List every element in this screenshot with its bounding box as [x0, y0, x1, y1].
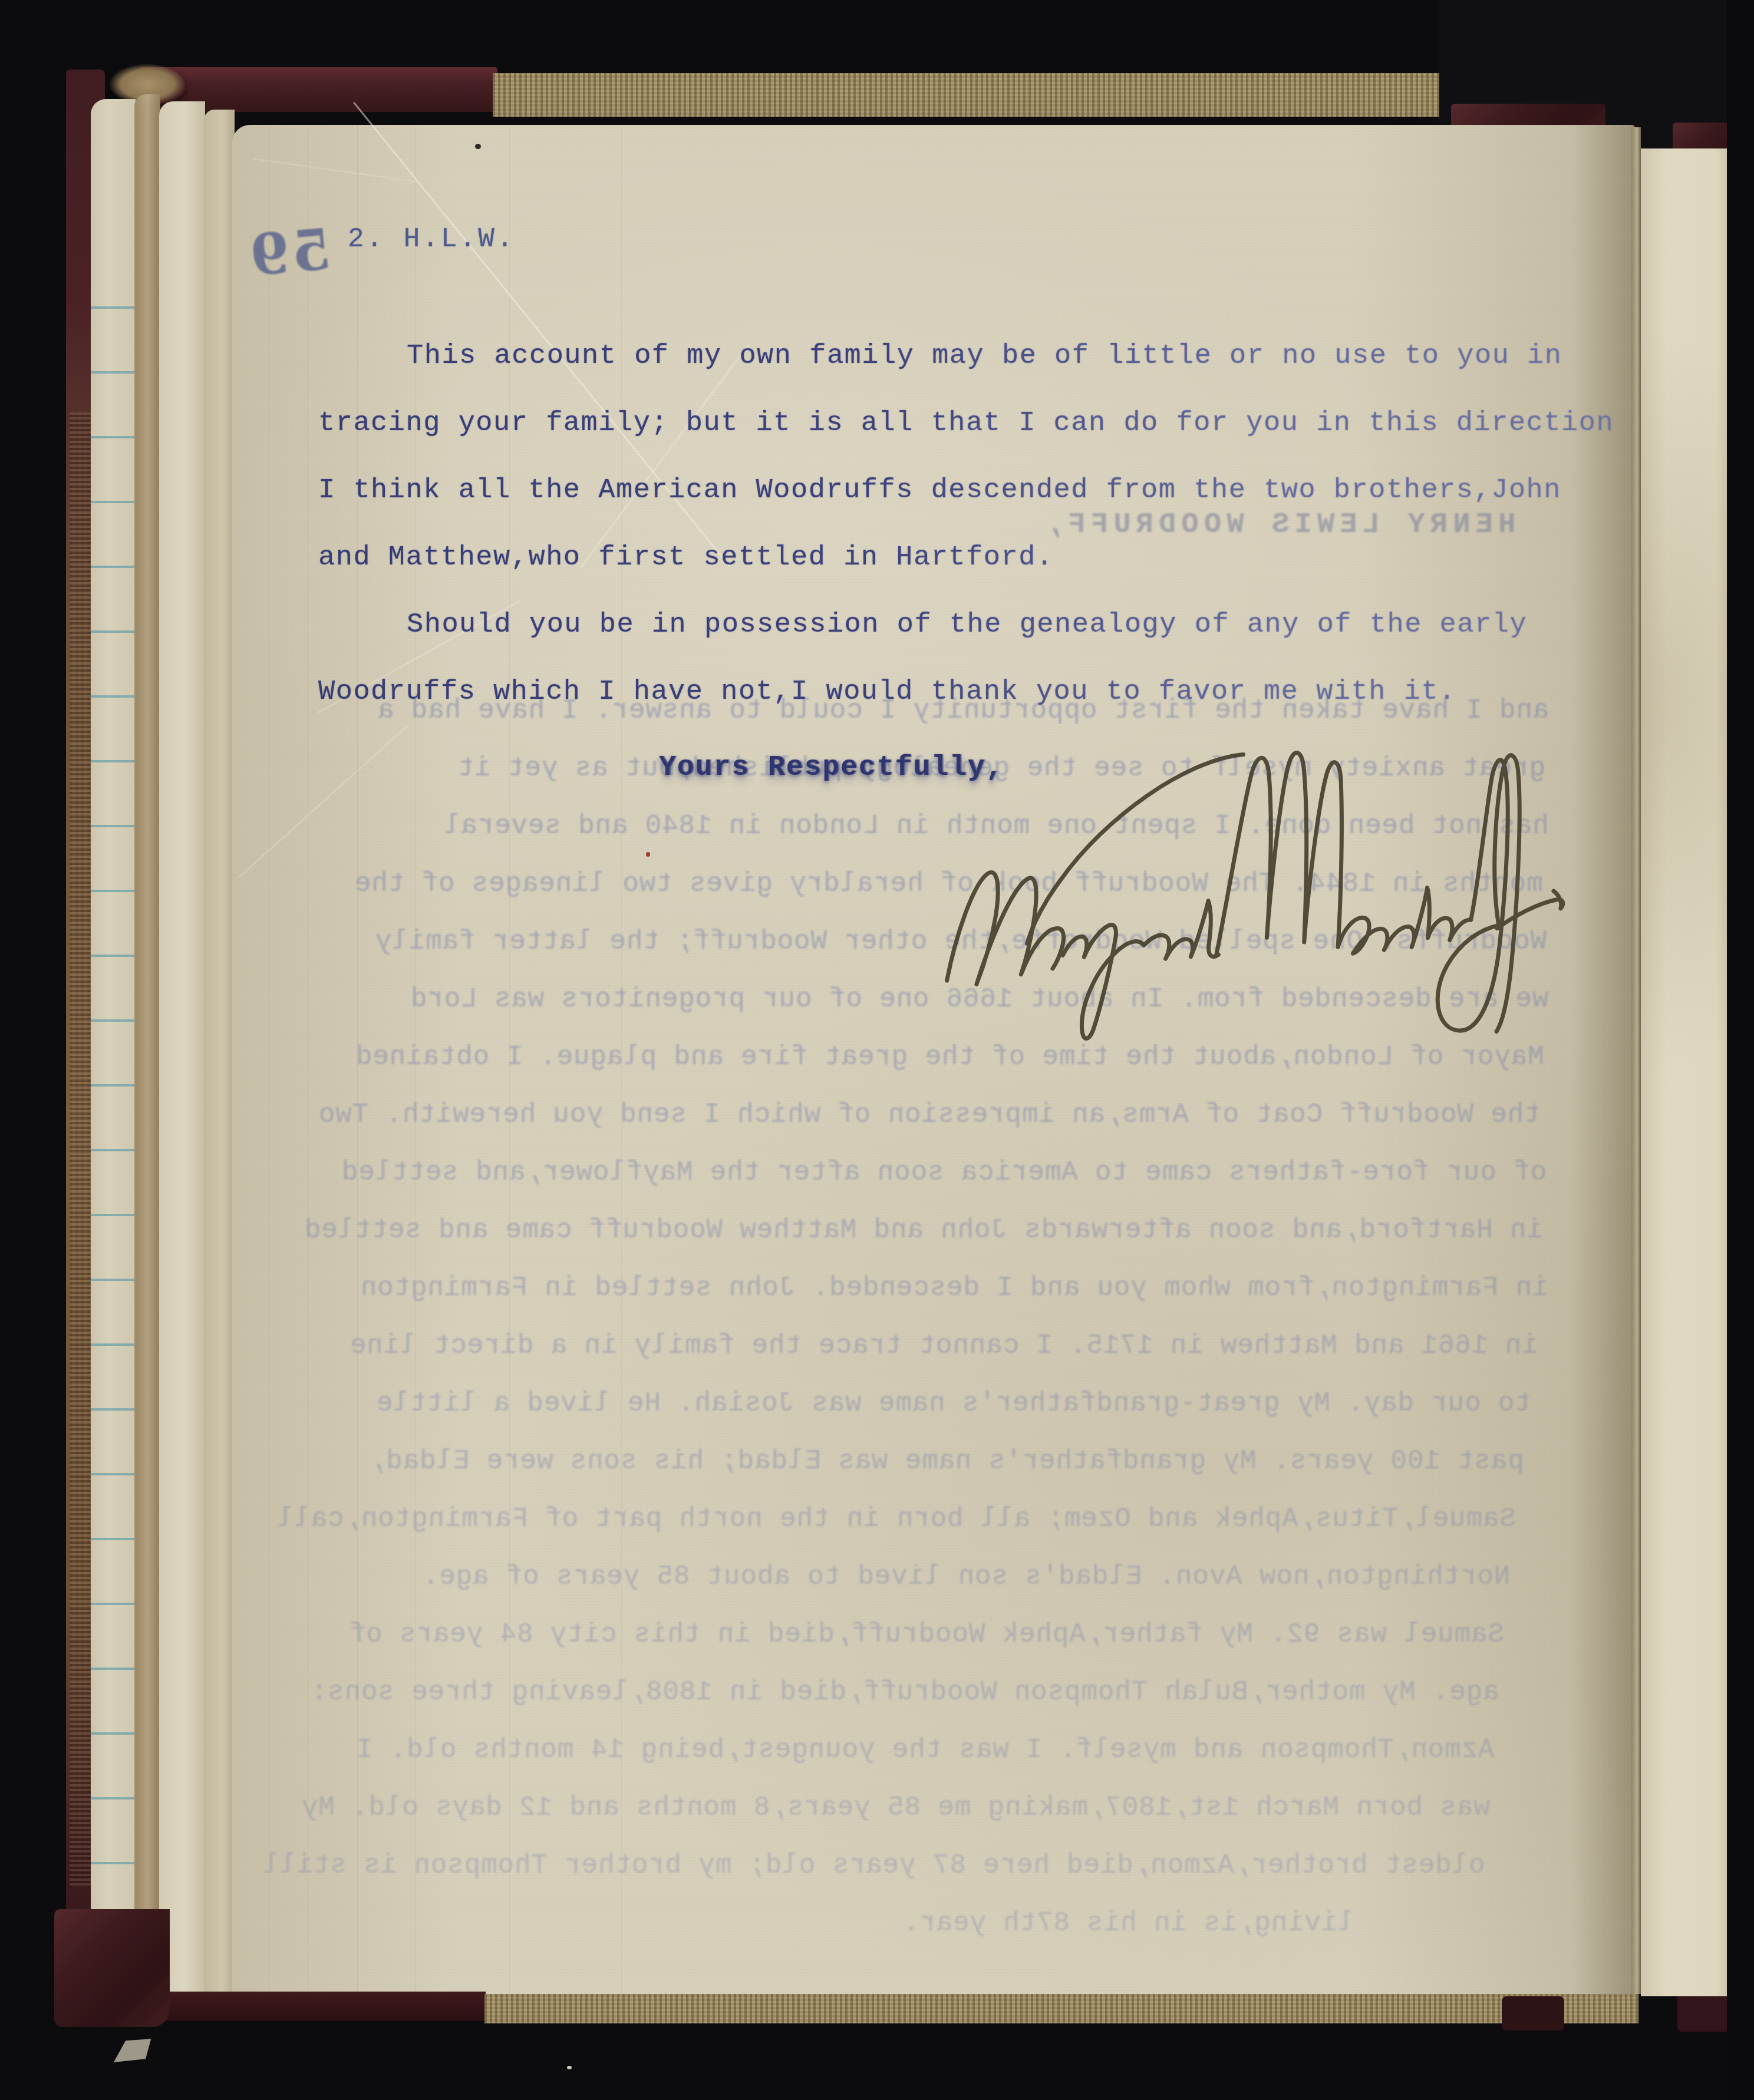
bleedthrough-line: Samuel,Titus,Aphek and Ozem; all born in… — [277, 1504, 1516, 1534]
signature-w1 — [943, 870, 1065, 985]
book-cover-bottom-edge-maroon — [158, 1992, 486, 2021]
bleedthrough-line: past 100 years. My grandfather's name wa… — [369, 1446, 1524, 1477]
paper-fragment — [108, 2031, 158, 2071]
book-cover-bottom-edge-cloth — [484, 1994, 1638, 2023]
typed-line: This account of my own family may be of … — [407, 341, 1562, 372]
typed-line: tracing your family; but it is all that … — [318, 408, 1614, 439]
typed-line: I think all the American Woodruffs desce… — [318, 475, 1561, 506]
bleedthrough-line: the Woodruff Coat of Arms,an impression … — [318, 1099, 1541, 1130]
page-edge-stack — [204, 110, 235, 1994]
bleedthrough-line: Azmon,Thompson and myself. I was the you… — [356, 1735, 1495, 1765]
page-fold — [1631, 127, 1641, 1994]
cover-edge-bottom-right — [1502, 1996, 1564, 2030]
red-speck — [646, 852, 650, 857]
ink-speck — [475, 144, 481, 149]
dust-speck — [567, 2066, 572, 2069]
signature-flourish-arc — [1021, 754, 1250, 943]
gutter-shading — [1570, 125, 1635, 1994]
signature-ilford — [1061, 900, 1221, 1039]
bleedthrough-line: age. My mother,Bulah Thompson Woodruff,d… — [311, 1677, 1499, 1708]
signature — [879, 728, 1626, 1066]
bleedthrough-line: in 1661 and Matthew in 1715. I cannot tr… — [350, 1330, 1538, 1361]
signature-ink — [879, 728, 1626, 1066]
clerk-annotation: 2. H.L.W. — [348, 224, 515, 255]
bleedthrough-line: oldest brother,Azmon,died here 87 years … — [263, 1850, 1485, 1881]
page-crease — [308, 125, 310, 1994]
bleedthrough-heading: HENRY LEWIS WOODRUFF, — [1040, 508, 1516, 541]
scanned-book-page: 59 2. H.L.W. HENRY LEWIS WOODRUFF, and I… — [0, 0, 1754, 2100]
ledger-page-edge — [91, 99, 136, 1995]
bleedthrough-line: Samuel was 92. My father,Aphek Woodruff,… — [349, 1619, 1504, 1650]
facing-page — [1641, 148, 1729, 1996]
blue-ruled-lines — [91, 306, 136, 1986]
background-right — [1727, 0, 1754, 2100]
bleedthrough-line: to our day. My great-grandfather's name … — [376, 1388, 1531, 1419]
signature-w2 — [1209, 751, 1347, 956]
page-number-stamp: 59 — [245, 216, 334, 289]
page-edge-stack — [159, 101, 205, 1994]
typed-line: Should you be in possession of the genea… — [407, 609, 1527, 640]
signature-oodru — [1336, 886, 1472, 954]
typed-line: Woodruffs which I have not,I would thank… — [318, 676, 1456, 708]
bleedthrough-line: living,is in his 87th year. — [902, 1908, 1354, 1939]
bleedthrough-line: of our fore-fathers came to America soon… — [341, 1157, 1547, 1188]
torn-page-edge — [134, 94, 160, 1995]
page-crease — [269, 125, 271, 1994]
typed-line: and Matthew,who first settled in Hartfor… — [318, 542, 1054, 573]
signature-ff — [1429, 755, 1528, 1034]
bleedthrough-line: in Hartford,and soon afterwards John and… — [304, 1215, 1543, 1246]
bleedthrough-line: was born March 1st,1807,making me 85 yea… — [301, 1792, 1490, 1823]
book-cover-top-edge-cloth — [493, 73, 1444, 117]
bleedthrough-line: Northington,now Avon. Eldad's son lived … — [422, 1561, 1510, 1592]
bleedthrough-line: in Farmington,from whom you and I descen… — [360, 1273, 1549, 1303]
cover-corner-bottom-left — [54, 1909, 170, 2027]
